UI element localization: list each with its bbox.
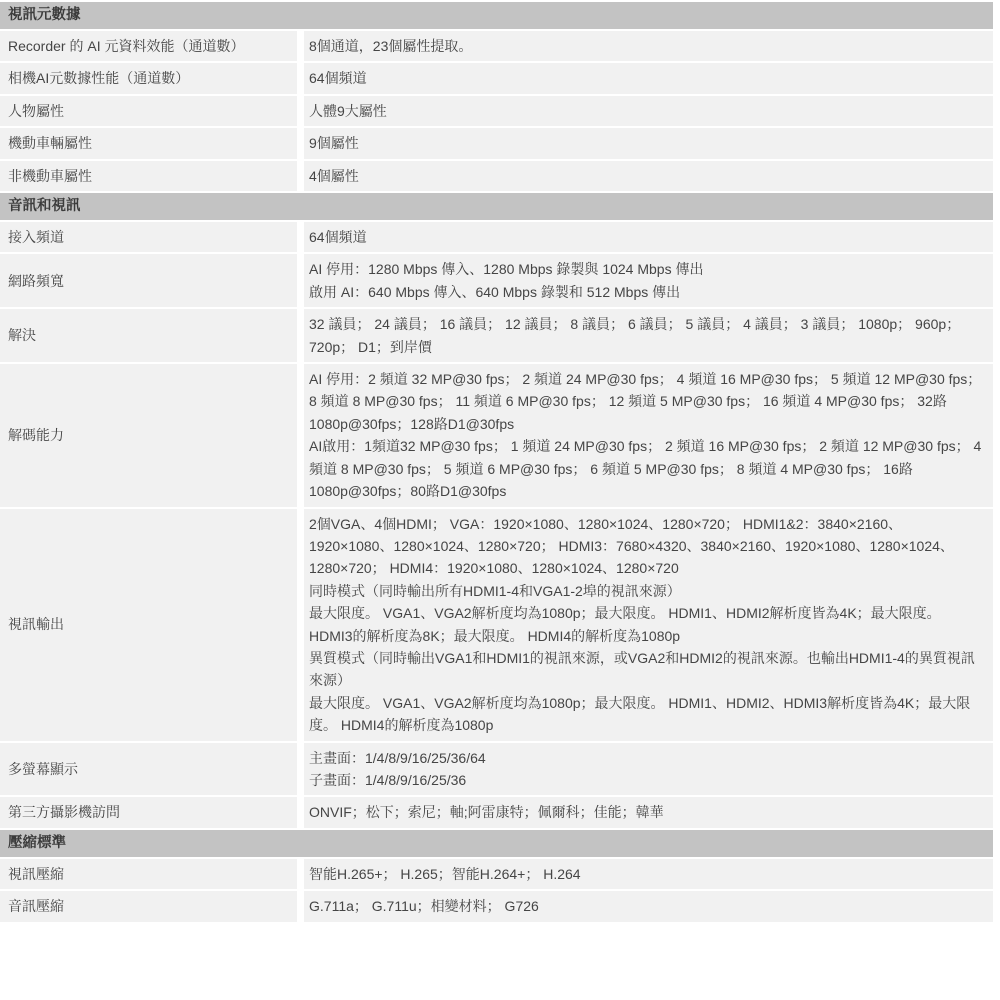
table-row: 人物屬性人體9大屬性 <box>0 96 993 126</box>
row-value-line: 64個頻道 <box>309 226 985 248</box>
row-value-line: 主畫面：1/4/8/9/16/25/36/64 <box>309 747 985 769</box>
row-label: 視訊輸出 <box>0 509 297 741</box>
row-value: 智能H.265+； H.265；智能H.264+； H.264 <box>304 859 993 889</box>
row-label: 多螢幕顯示 <box>0 743 297 796</box>
table-row: 音訊壓縮G.711a； G.711u；相變材料； G726 <box>0 891 993 921</box>
row-value-line: 同時模式（同時輸出所有HDMI1-4和VGA1-2埠的視訊來源） <box>309 580 985 602</box>
row-value: 人體9大屬性 <box>304 96 993 126</box>
row-value: 64個頻道 <box>304 222 993 252</box>
row-label: 第三方攝影機訪問 <box>0 797 297 827</box>
row-label: 機動車輛屬性 <box>0 128 297 158</box>
row-value-line: G.711a； G.711u；相變材料； G726 <box>309 895 985 917</box>
row-value: G.711a； G.711u；相變材料； G726 <box>304 891 993 921</box>
row-label: 非機動車屬性 <box>0 161 297 191</box>
table-row: Recorder 的 AI 元資料效能（通道數）8個通道，23個屬性提取。 <box>0 31 993 61</box>
table-row: 視訊壓縮智能H.265+； H.265；智能H.264+； H.264 <box>0 859 993 889</box>
row-value-line: 智能H.265+； H.265；智能H.264+； H.264 <box>309 863 985 885</box>
row-value: 4個屬性 <box>304 161 993 191</box>
row-value: AI 停用：1280 Mbps 傳入、1280 Mbps 錄製與 1024 Mb… <box>304 254 993 307</box>
row-label: 相機AI元數據性能（通道數） <box>0 63 297 93</box>
row-label: 視訊壓縮 <box>0 859 297 889</box>
row-value: 8個通道，23個屬性提取。 <box>304 31 993 61</box>
section-header: 音訊和視訊 <box>0 193 993 220</box>
table-row: 接入頻道64個頻道 <box>0 222 993 252</box>
row-value-line: 32 議員； 24 議員； 16 議員； 12 議員； 8 議員； 6 議員； … <box>309 313 985 358</box>
row-value-line: 異質模式（同時輸出VGA1和HDMI1的視訊來源，或VGA2和HDMI2的視訊來… <box>309 647 985 692</box>
row-value: ONVIF；松下；索尼；軸;阿雷康特；佩爾科；佳能；韓華 <box>304 797 993 827</box>
row-value-line: 子畫面：1/4/8/9/16/25/36 <box>309 769 985 791</box>
row-label: 人物屬性 <box>0 96 297 126</box>
row-value-line: 8個通道，23個屬性提取。 <box>309 35 985 57</box>
row-label: Recorder 的 AI 元資料效能（通道數） <box>0 31 297 61</box>
row-value-line: AI啟用：1頻道32 MP@30 fps； 1 頻道 24 MP@30 fps；… <box>309 435 985 502</box>
row-value: 32 議員； 24 議員； 16 議員； 12 議員； 8 議員； 6 議員； … <box>304 309 993 362</box>
spec-table: 視訊元數據Recorder 的 AI 元資料效能（通道數）8個通道，23個屬性提… <box>0 0 993 922</box>
row-label: 網路頻寬 <box>0 254 297 307</box>
row-value-line: 最大限度。 VGA1、VGA2解析度均為1080p；最大限度。 HDMI1、HD… <box>309 602 985 647</box>
section-header: 壓縮標準 <box>0 830 993 857</box>
table-row: 機動車輛屬性9個屬性 <box>0 128 993 158</box>
row-value-line: 2個VGA、4個HDMI； VGA：1920×1080、1280×1024、12… <box>309 513 985 580</box>
table-row: 解決32 議員； 24 議員； 16 議員； 12 議員； 8 議員； 6 議員… <box>0 309 993 362</box>
row-value-line: 4個屬性 <box>309 165 985 187</box>
row-value-line: 64個頻道 <box>309 67 985 89</box>
row-value: 9個屬性 <box>304 128 993 158</box>
table-row: 網路頻寬AI 停用：1280 Mbps 傳入、1280 Mbps 錄製與 102… <box>0 254 993 307</box>
table-row: 非機動車屬性4個屬性 <box>0 161 993 191</box>
table-row: 多螢幕顯示主畫面：1/4/8/9/16/25/36/64子畫面：1/4/8/9/… <box>0 743 993 796</box>
row-value: 主畫面：1/4/8/9/16/25/36/64子畫面：1/4/8/9/16/25… <box>304 743 993 796</box>
row-value: 2個VGA、4個HDMI； VGA：1920×1080、1280×1024、12… <box>304 509 993 741</box>
table-row: 相機AI元數據性能（通道數）64個頻道 <box>0 63 993 93</box>
row-label: 接入頻道 <box>0 222 297 252</box>
row-value: AI 停用：2 頻道 32 MP@30 fps； 2 頻道 24 MP@30 f… <box>304 364 993 506</box>
row-value-line: AI 停用：1280 Mbps 傳入、1280 Mbps 錄製與 1024 Mb… <box>309 258 985 280</box>
row-value-line: ONVIF；松下；索尼；軸;阿雷康特；佩爾科；佳能；韓華 <box>309 801 985 823</box>
spec-page: 視訊元數據Recorder 的 AI 元資料效能（通道數）8個通道，23個屬性提… <box>0 0 1000 1000</box>
row-label: 解碼能力 <box>0 364 297 506</box>
table-row: 視訊輸出2個VGA、4個HDMI； VGA：1920×1080、1280×102… <box>0 509 993 741</box>
row-value-line: 啟用 AI：640 Mbps 傳入、640 Mbps 錄製和 512 Mbps … <box>309 281 985 303</box>
row-value-line: AI 停用：2 頻道 32 MP@30 fps； 2 頻道 24 MP@30 f… <box>309 368 985 435</box>
row-value: 64個頻道 <box>304 63 993 93</box>
row-label: 解決 <box>0 309 297 362</box>
row-value-line: 9個屬性 <box>309 132 985 154</box>
row-value-line: 最大限度。 VGA1、VGA2解析度均為1080p；最大限度。 HDMI1、HD… <box>309 692 985 737</box>
section-header: 視訊元數據 <box>0 2 993 29</box>
row-label: 音訊壓縮 <box>0 891 297 921</box>
table-row: 第三方攝影機訪問ONVIF；松下；索尼；軸;阿雷康特；佩爾科；佳能；韓華 <box>0 797 993 827</box>
row-value-line: 人體9大屬性 <box>309 100 985 122</box>
table-row: 解碼能力AI 停用：2 頻道 32 MP@30 fps； 2 頻道 24 MP@… <box>0 364 993 506</box>
